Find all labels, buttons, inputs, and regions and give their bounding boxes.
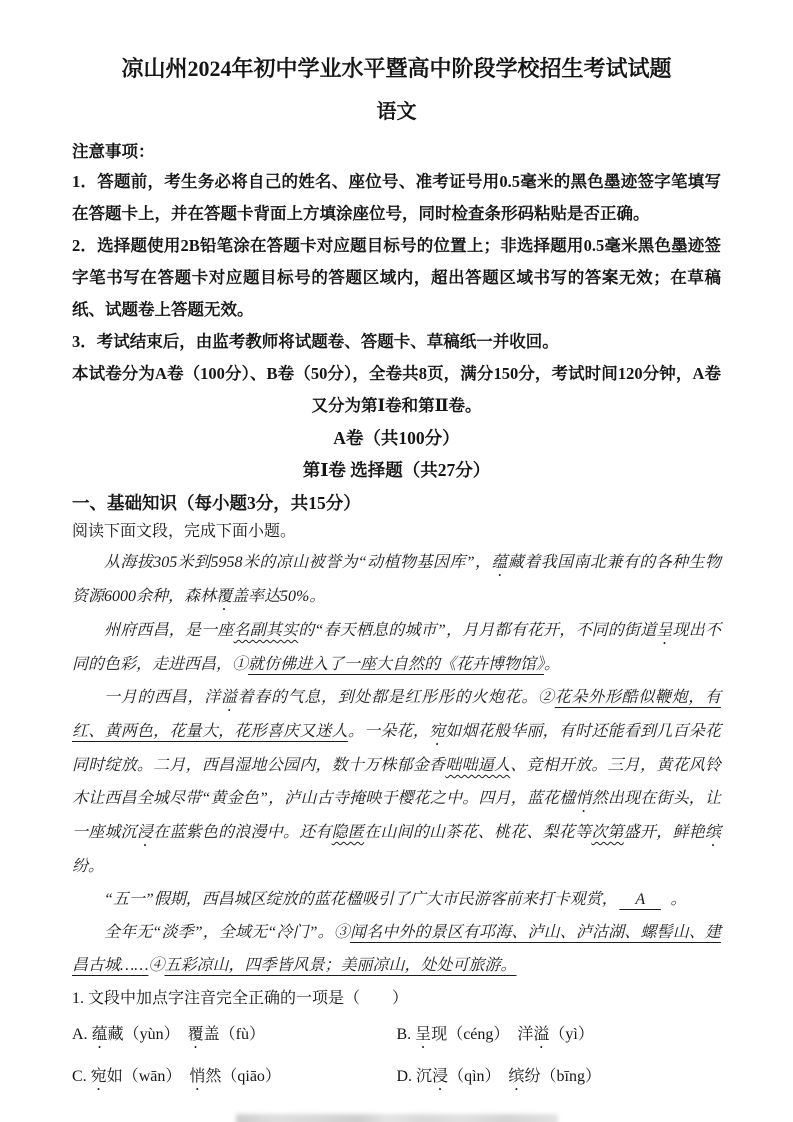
blurred-watermark [236,1114,558,1122]
passage-paragraph-2: 州府西昌，是一座名副其实的“春天栖息的城市”，月月都有花开，不同的街道呈现出不同… [72,614,721,681]
notice-item-2: 2．选择题使用2B铅笔涂在答题卡对应题目标号的位置上；非选择题用0.5毫米黑色墨… [72,230,721,326]
passage-paragraph-1: 从海拔305米到5958米的凉山被誉为“动植物基因库”，蕴藏着我国南北兼有的各种… [72,546,721,614]
reading-intro: 阅读下面文段，完成下面小题。 [72,518,721,546]
notice-heading: 注意事项： [72,138,721,166]
option-a: A. 蕴藏（yùn） 覆盖（fù） [72,1020,397,1052]
option-d: D. 沉浸（qìn） 缤纷（bīng） [397,1062,722,1094]
option-b: B. 呈现（céng） 洋溢（yì） [397,1020,722,1052]
notice-item-1: 1．答题前，考生务必将自己的姓名、座位号、准考证号用0.5毫米的黑色墨迹签字笔填… [72,166,721,230]
question-1-stem: 1. 文段中加点字注音完全正确的一项是（ ） [72,984,721,1014]
document-title: 凉山州2024年初中学业水平暨高中阶段学校招生考试试题 [72,54,721,84]
passage-paragraph-5: 全年无“淡季”，全域无“冷门”。③闻名中外的景区有邛海、泸山、泸沽湖、螺髻山、建… [72,916,721,982]
question-1-options: A. 蕴藏（yùn） 覆盖（fù） B. 呈现（céng） 洋溢（yì） C. … [72,1020,721,1094]
passage-paragraph-4: “五一”假期，西昌城区绽放的蓝花楹吸引了广大市民游客前来打卡观赏， A 。 [72,883,721,916]
reading-passage: 从海拔305米到5958米的凉山被誉为“动植物基因库”，蕴藏着我国南北兼有的各种… [72,546,721,982]
notice-item-3: 3．考试结束后，由监考教师将试题卷、答题卡、草稿纸一并收回。 [72,326,721,358]
volume-1-heading: 第Ⅰ卷 选择题（共27分） [72,454,721,486]
option-c: C. 宛如（wān） 悄然（qiāo） [72,1062,397,1094]
part-a-heading: A卷（共100分） [72,422,721,454]
section-1-heading: 一、基础知识（每小题3分，共15分） [72,488,721,518]
passage-paragraph-3: 一月的西昌，洋溢着春的气息，到处都是红彤彤的火炮花。②花朵外形酷似鞭炮，有红、黄… [72,681,721,883]
paper-structure-note: 本试卷分为A卷（100分）、B卷（50分），全卷共8页，满分150分，考试时间1… [72,358,721,422]
exam-paper-page: 凉山州2024年初中学业水平暨高中阶段学校招生考试试题 语文 注意事项： 1．答… [0,0,793,1122]
document-subject: 语文 [72,98,721,126]
